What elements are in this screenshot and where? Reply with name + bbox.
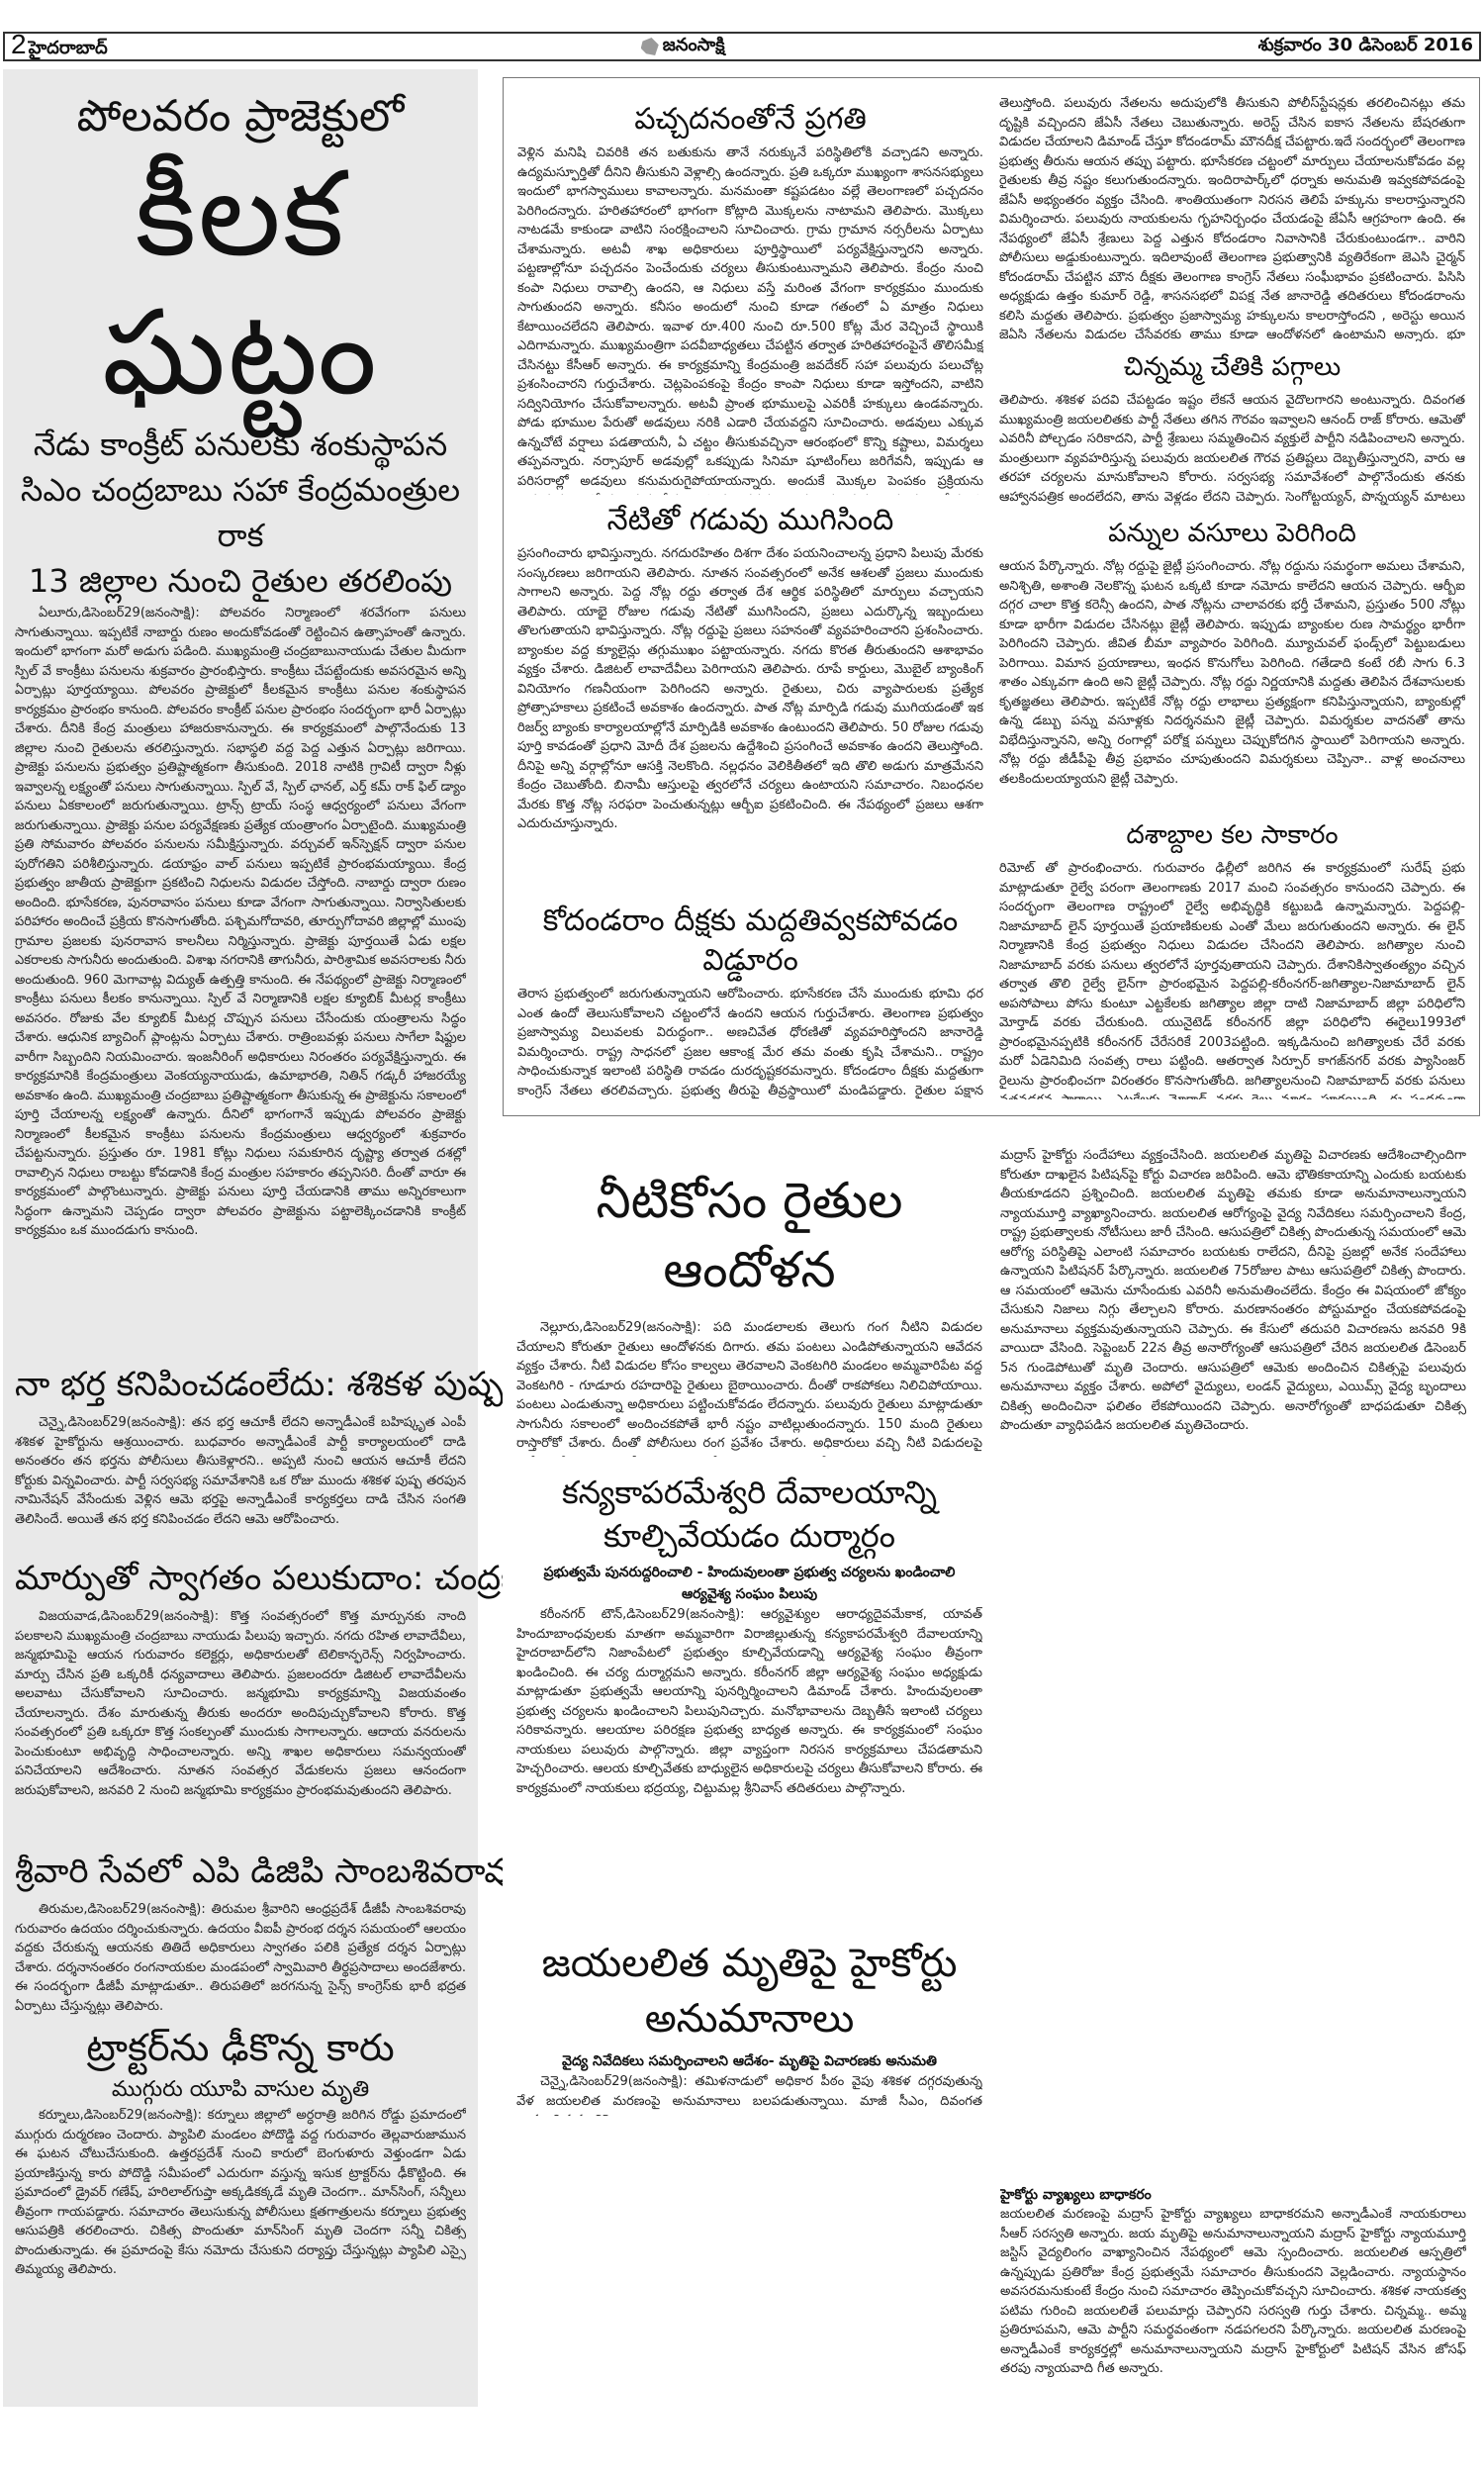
lower-column-2: మద్రాస్ హైకోర్టు సందేహాలు వ్యక్తంచేసింది…	[1000, 1146, 1466, 2413]
left-news-panel: పోలవరం ప్రాజెక్టులో కీలక ఘట్టం నేడు కాంక…	[3, 69, 478, 2407]
issue-date: శుక్రవారం 30 డిసెంబర్ 2016	[1258, 35, 1473, 59]
section-heading: నేటితో గడువు ముగిసింది	[517, 501, 983, 540]
story-body: కరీంనగర్ టౌన్,డిసెంబర్29(జనంసాక్షి): ఆర్…	[516, 1605, 982, 1922]
story-body: తిరుమల,డిసెంబర్29(జనంసాక్షి): తిరుమల శ్ర…	[15, 1900, 466, 2017]
boxed-news-section: పచ్చదనంతోనే ప్రగతి వెళ్లిన మనిషి చివరికి…	[503, 77, 1480, 1116]
story-body: నెల్లూరు,డిసెంబర్29(జనంసాక్షి): పది మండల…	[516, 1318, 982, 1457]
boxed-column-1: పచ్చదనంతోనే ప్రగతి వెళ్లిన మనిషి చివరికి…	[517, 94, 983, 1099]
page-number: 2	[11, 32, 27, 57]
telangana-map-icon	[641, 38, 659, 55]
story-dateline: కర్నూలు,డిసెంబర్29(జనంసాక్షి):	[39, 2108, 202, 2123]
lead-deck-1: నేడు కాంక్రీట్ పనులకు శంకుస్థాపన	[15, 422, 466, 467]
story-text: ఆర్యవైశ్యుల ఆరాధ్యదైవమేకాక, యావత్ హిందూబ…	[516, 1607, 982, 1796]
lead-text: పోలవరం నిర్మాణంలో శరవేగంగా పనులు సాగుతున…	[15, 606, 466, 1238]
story-dateline: చెన్నై,డిసెంబర్29(జనంసాక్షి):	[540, 2074, 688, 2089]
edition-name: హైదరాబాద్	[29, 38, 108, 62]
lead-kicker: పోలవరం ప్రాజెక్టులో	[15, 89, 466, 144]
story-deck: ఆర్యవైశ్య సంఘం పిలుపు	[516, 1583, 982, 1605]
story-body: విజయవాడ,డిసెంబర్29(జనంసాక్షి): కొత్త సంవ…	[15, 1607, 466, 1843]
story-dateline: చెన్నై,డిసెంబర్29(జనంసాక్షి):	[39, 1415, 186, 1430]
lower-news-section: నీటికోసం రైతుల ఆందోళన నెల్లూరు,డిసెంబర్2…	[503, 1136, 1480, 2413]
story-body: మద్రాస్ హైకోర్టు సందేహాలు వ్యక్తంచేసింది…	[1000, 1146, 1466, 2185]
lead-dateline: ఏలూరు,డిసెంబర్29(జనంసాక్షి):	[39, 606, 200, 620]
story-body: జయలలిత మరణంపై మద్రాస్ హైకోర్టు వ్యాఖ్యలు…	[1000, 2205, 1466, 2383]
story-text: కర్నూలు జిల్లాలో అర్ధరాత్రి జరిగిన రోడ్డ…	[15, 2108, 466, 2277]
story-headline: ట్రాక్టర్‌ను ఢీకొన్న కారు	[15, 2023, 466, 2072]
lead-headline: కీలక ఘట్టం	[15, 144, 466, 422]
story-headline: నా భర్త కనిపించడంలేదు: శశికళ పుష్ప	[15, 1360, 466, 1409]
lead-body: ఏలూరు,డిసెంబర్29(జనంసాక్షి): పోలవరం నిర్…	[15, 604, 466, 1356]
story-headline: నీటికోసం రైతుల ఆందోళన	[516, 1166, 982, 1304]
section-body: ఆయన పేర్కొన్నారు. నోట్ల రద్దుపై జైట్లీ ప…	[999, 557, 1465, 809]
section-heading: పచ్చదనంతోనే ప్రగతి	[517, 100, 983, 140]
story-headline: కన్యకాపరమేశ్వరి దేవాలయాన్ని కూల్చివేయడం …	[516, 1471, 982, 1558]
masthead-left: 2 హైదరాబాద్	[11, 32, 108, 62]
story-dateline: తిరుమల,డిసెంబర్29(జనంసాక్షి):	[39, 1902, 206, 1917]
section-body: తెరాస ప్రభుత్వంలో జరుగుతున్నాయని ఆరోపించ…	[517, 985, 983, 1099]
lead-deck-2: సిఎం చంద్రబాబు సహా కేంద్రమంత్రుల రాక	[15, 467, 466, 558]
newspaper-name: జనంసాక్షి	[663, 35, 725, 59]
newspaper-logo: జనంసాక్షి	[641, 35, 725, 59]
story-body: కర్నూలు,డిసెంబర్29(జనంసాక్షి): కర్నూలు జ…	[15, 2106, 466, 2304]
section-heading: కోదండరాం దీక్షకు మద్దతివ్వకపోవడం విడ్డూర…	[517, 902, 983, 981]
story-text: తిరుమల శ్రీవారిని ఆంధ్రప్రదేశ్ డీజీపీ సా…	[15, 1902, 466, 2014]
section-body: తెలుస్తోంది. పలువురు నేతలను అదుపులోకి తీ…	[999, 94, 1465, 341]
story-headline: శ్రీవారి సేవలో ఎపి డిజిపి సాంబశివరావు	[15, 1847, 466, 1896]
section-heading: దశాబ్దాల కల సాకారం	[999, 815, 1465, 855]
story-body: చెన్నై,డిసెంబర్29(జనంసాక్షి): తన భర్త ఆచ…	[15, 1413, 466, 1550]
lead-deck-3: 13 జిల్లాల నుంచి రైతుల తరలింపు	[15, 558, 466, 604]
section-heading: పన్నుల వసూలు పెరిగింది	[999, 514, 1465, 553]
masthead: 2 హైదరాబాద్ జనంసాక్షి శుక్రవారం 30 డిసెం…	[3, 32, 1481, 61]
section-body: వెళ్లిన మనిషి చివరికి తన బతుకును తానే నర…	[517, 143, 983, 495]
section-body: తెలిపారు. శశికళ పదవి చేపట్టడం ఇష్టం లేకన…	[999, 391, 1465, 508]
story-body: చెన్నై,డిసెంబర్29(జనంసాక్షి): తమిళనాడులో…	[516, 2072, 982, 2116]
story-dateline: విజయవాడ,డిసెంబర్29(జనంసాక్షి):	[39, 1609, 219, 1624]
section-body: రిమోట్ తో ప్రారంభించారు. గురువారం ఢిల్లీ…	[999, 859, 1465, 1099]
story-text: తన భర్త ఆచూకీ లేదని అన్నాడీఎంకే బహిష్కృత…	[15, 1415, 466, 1527]
story-dateline: నెల్లూరు,డిసెంబర్29(జనంసాక్షి):	[540, 1320, 701, 1335]
boxed-column-2: తెలుస్తోంది. పలువురు నేతలను అదుపులోకి తీ…	[999, 94, 1465, 1099]
lower-column-1: నీటికోసం రైతుల ఆందోళన నెల్లూరు,డిసెంబర్2…	[516, 1146, 982, 2413]
story-dateline: కరీంనగర్ టౌన్,డిసెంబర్29(జనంసాక్షి):	[540, 1607, 745, 1622]
story-text: కొత్త సంవత్సరంలో కొత్త మార్పునకు నాంది ప…	[15, 1609, 466, 1798]
story-subhead: ముగ్గురు యూపి వాసుల మృతి	[15, 2074, 466, 2106]
story-deck: వైద్య నివేదికలు సమర్పించాలని ఆదేశం- మృతి…	[516, 2050, 982, 2072]
story-headline: మార్పుతో స్వాగతం పలుకుదాం: చంద్రబాబు	[15, 1554, 466, 1603]
story-text: పది మండలాలకు తెలుగు గంగ నీటిని విడుదల చే…	[516, 1320, 982, 1457]
section-heading: చిన్నమ్మ చేతికి పగ్గాలు	[999, 347, 1465, 387]
story-subheading: హైకోర్టు వ్యాఖ్యలు బాధాకరం	[1000, 2185, 1466, 2205]
story-deck: ప్రభుత్వమే పునరుద్దరించాలి - హిందువులంతా…	[516, 1562, 982, 1583]
section-body: ప్రసంగించారు భావిస్తున్నారు. నగదురహితం ద…	[517, 544, 983, 896]
story-headline: జయలలిత మృతిపై హైకోర్టు అనుమానాలు	[516, 1936, 982, 2047]
